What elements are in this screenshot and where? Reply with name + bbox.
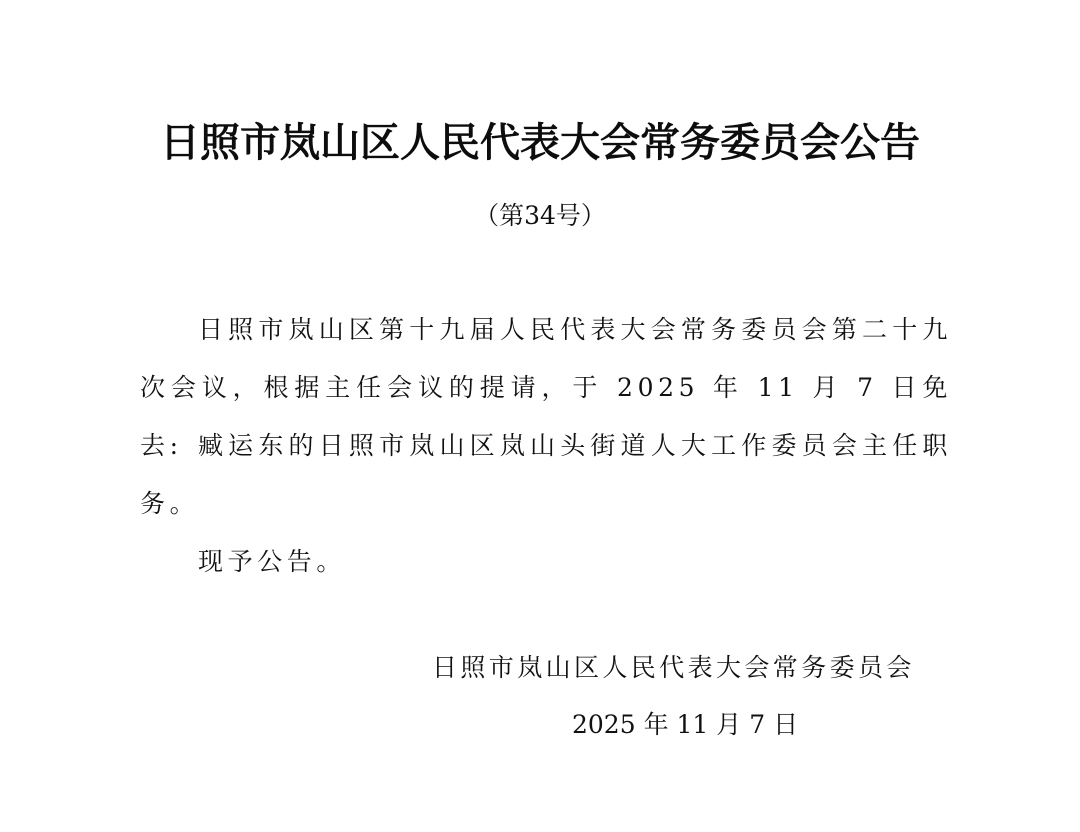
body-paragraph-closing: 现予公告。 bbox=[140, 533, 952, 591]
signature-date: 2025 年 11 月 7 日 bbox=[572, 705, 798, 745]
body-paragraph-removal: 臧运东的日照市岚山区岚山头街道人大工作委员会主任职务。 bbox=[140, 417, 952, 533]
document-title: 日照市岚山区人民代表大会常务委员会公告 bbox=[0, 115, 1080, 171]
signature-organization: 日照市岚山区人民代表大会常务委员会 bbox=[432, 648, 915, 688]
document-number: （第34号） bbox=[0, 196, 1080, 236]
